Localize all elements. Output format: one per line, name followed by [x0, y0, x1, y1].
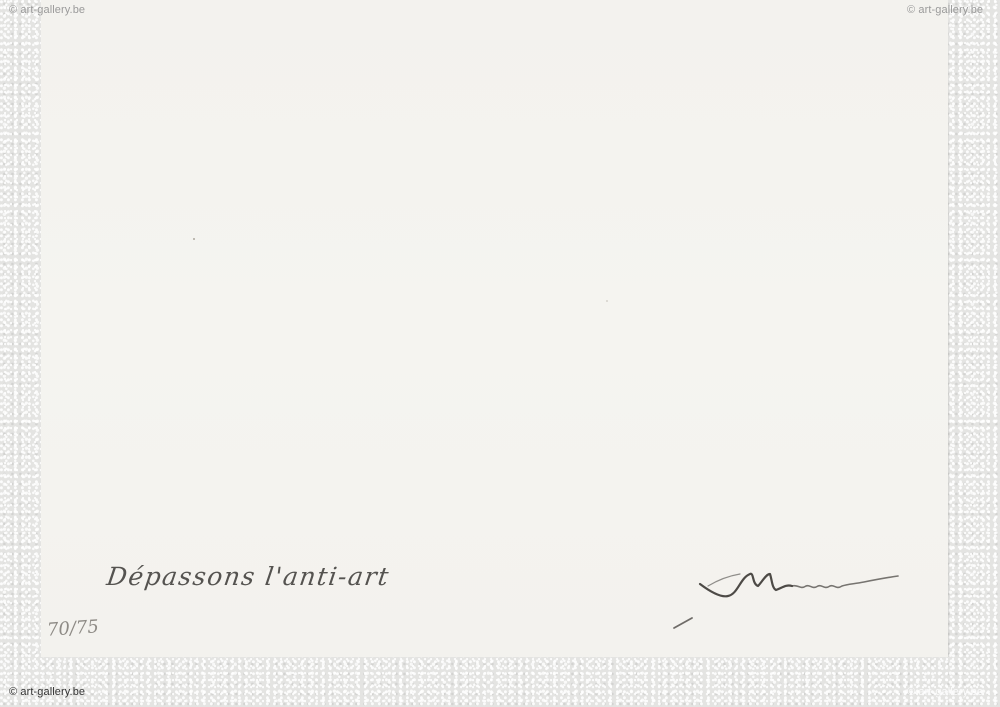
paper-speck — [606, 300, 608, 302]
paper-speck — [193, 238, 195, 240]
edition-number: 70/75 — [46, 616, 99, 641]
watermark-bottom-right: © art-gallery.be — [907, 686, 983, 698]
watermark-top-left: © art-gallery.be — [9, 4, 85, 16]
signature-icon — [668, 570, 908, 632]
handwritten-inscription: Dépassons l'anti-art — [105, 562, 392, 591]
watermark-top-right: © art-gallery.be — [907, 4, 983, 16]
watermark-bottom-left: © art-gallery.be — [9, 686, 85, 698]
signature-label: artist signature (pencil) — [0, 0, 1, 1]
paper-sheet — [41, 0, 948, 657]
